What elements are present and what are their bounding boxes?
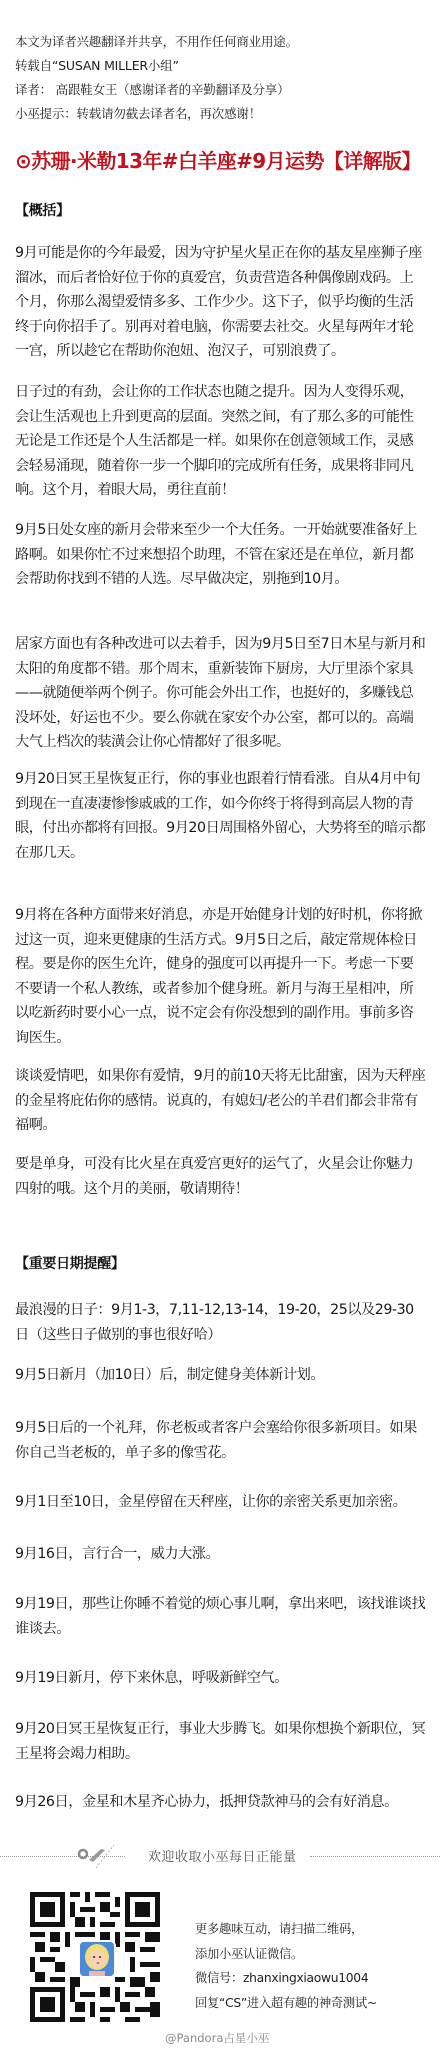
date-item: 9月20日冥王星恢复正行，事业大步腾飞。如果你想换个新职位，冥王星将会竭力相助。 <box>15 1717 427 1766</box>
translator-note: 本文为译者兴趣翻译并共享，不用作任何商业用途。 转载自“SUSAN MILLER… <box>15 30 298 126</box>
date-item: 9月26日，金星和木星齐心协力，抵押贷款神马的会有好消息。 <box>15 1790 427 1815</box>
overview-paragraph: 9月5日处女座的新月会带来至少一个大任务。一开始就要准备好上路啊。如果你忙不过来… <box>15 518 427 592</box>
overview-paragraph: 日子过的有劲，会让你的工作状态也随之提升。因为人变得乐观，会让生活观也上升到更高… <box>15 380 427 503</box>
translator-line: 译者： 高跟鞋女王（感谢译者的辛勤翻译及分享） <box>15 78 298 102</box>
date-item: 9月5日新月（加10日）后，制定健身美体新计划。 <box>15 1363 427 1388</box>
overview-paragraph: 9月可能是你的今年最爱，因为守护星火星正在你的基友星座狮子座溜冰，而后者恰好位于… <box>15 241 427 364</box>
reprint-notice-line: 小巫提示：转载请勿截去译者名，再次感谢！ <box>15 102 298 126</box>
source-line: 转载自“SUSAN MILLER小组” <box>15 54 298 78</box>
info-line: 回复“CS”进入超有趣的神奇测试~ <box>195 1991 377 2016</box>
dotted-line-right <box>310 1856 440 1857</box>
article-title: ⊙苏珊·米勒13年#白羊座#9月运势【详解版】 <box>15 145 421 174</box>
date-item: 9月5日后的一个礼拜，你老板或者客户会塞给你很多新项目。如果你自己当老板的，单子… <box>15 1416 427 1465</box>
date-item: 9月16日，言行合一，威力大涨。 <box>15 1542 427 1567</box>
date-item: 最浪漫的日子：9月1-3，7,11-12,13-14，19-20，25以及29-… <box>15 1298 427 1347</box>
avatar <box>78 1940 116 1978</box>
footer-divider: 欢迎收取小巫每日正能量 <box>0 1840 440 1870</box>
date-item: 9月19日，那些让你睡不着觉的烦心事儿啊，拿出来吧，该找谁谈找谁谈去。 <box>15 1592 427 1641</box>
article-page: 本文为译者兴趣翻译并共享，不用作任何商业用途。 转载自“SUSAN MILLER… <box>0 0 440 2056</box>
overview-heading: 【概括】 <box>15 200 70 220</box>
overview-paragraph: 9月20日冥王星恢复正行，你的事业也跟着行情看涨。自从4月中旬到现在一直凄凄惨惨… <box>15 767 427 865</box>
overview-paragraph: 要是单身，可没有比火星在真爱宫更好的运气了，火星会让你魅力四射的哦。这个月的美丽… <box>15 1152 427 1201</box>
qr-code-icon[interactable] <box>30 1892 160 2022</box>
divider-caption: 欢迎收取小巫每日正能量 <box>148 1846 297 1865</box>
overview-paragraph: 居家方面也有各种改进可以去着手，因为9月5日至7日木星与新月和太阳的角度都不错。… <box>15 632 427 755</box>
important-dates-heading: 【重要日期提醒】 <box>15 1253 125 1273</box>
wechat-info: 更多趣味互动，请扫描二维码， 添加小巫认证微信。 微信号：zhanxingxia… <box>195 1917 377 2015</box>
date-item: 9月19日新月，停下来休息，呼吸新鲜空气。 <box>15 1666 427 1691</box>
info-line: 添加小巫认证微信。 <box>195 1942 377 1967</box>
wechat-id-line: 微信号：zhanxingxiaowu1004 <box>195 1966 377 1991</box>
watermark: @Pandora占星小巫 <box>165 2030 269 2046</box>
date-item: 9月1日至10日，金星停留在天秤座，让你的亲密关系更加亲密。 <box>15 1490 427 1515</box>
overview-paragraph: 谈谈爱情吧，如果你有爱情，9月的前10天将无比甜蜜，因为天秤座的金星将庇佑你的感… <box>15 1064 427 1138</box>
pen-icon <box>74 1840 124 1870</box>
overview-paragraph: 9月将在各种方面带来好消息，亦是开始健身计划的好时机，你将掀过这一页，迎来更健康… <box>15 903 427 1050</box>
info-line: 更多趣味互动，请扫描二维码， <box>195 1917 377 1942</box>
disclaimer-line: 本文为译者兴趣翻译并共享，不用作任何商业用途。 <box>15 30 298 54</box>
